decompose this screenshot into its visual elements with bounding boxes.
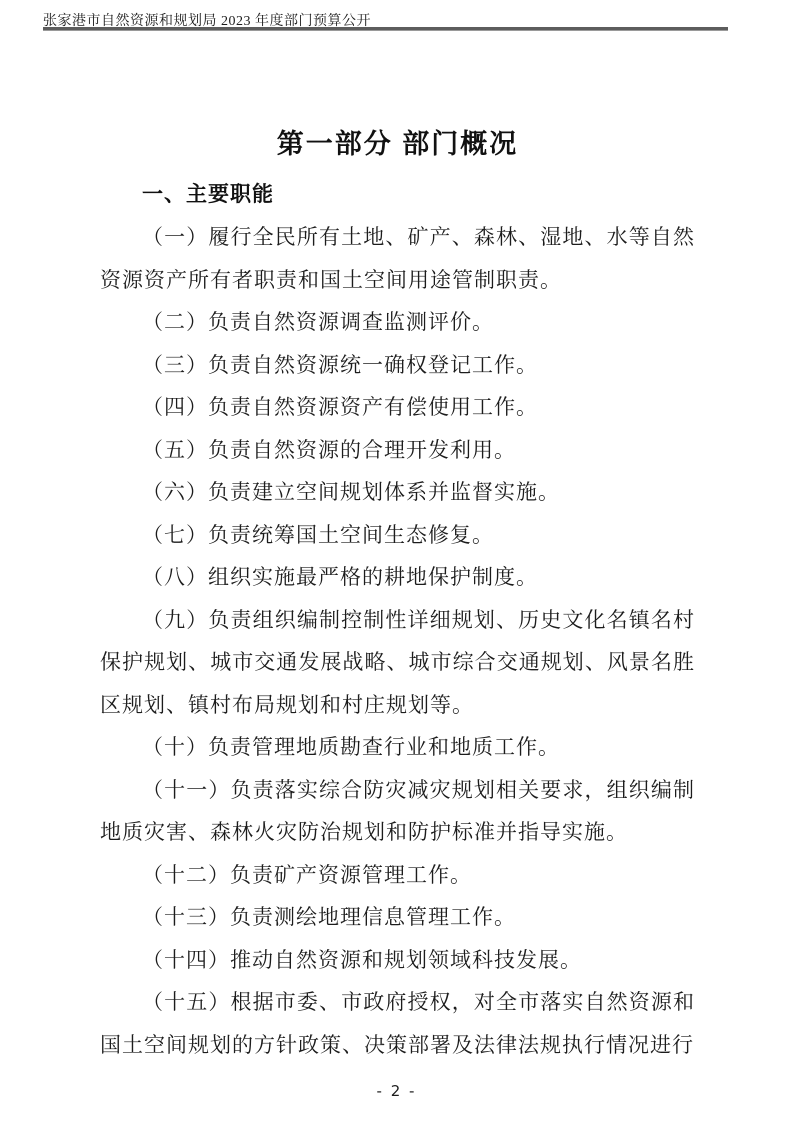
page-title: 第一部分 部门概况	[100, 124, 695, 164]
section-heading: 一、主要职能	[100, 174, 695, 216]
paragraph-1: （一）履行全民所有土地、矿产、森林、湿地、水等自然资源资产所有者职责和国土空间用…	[100, 216, 695, 301]
paragraph-11: （十一）负责落实综合防灾减灾规划相关要求，组织编制地质灾害、森林火灾防治规划和防…	[100, 769, 695, 854]
page-footer: - 2 -	[0, 1082, 793, 1101]
paragraph-12: （十二）负责矿产资源管理工作。	[100, 854, 695, 897]
paragraph-8: （八）组织实施最严格的耕地保护制度。	[100, 556, 695, 599]
paragraph-4: （四）负责自然资源资产有偿使用工作。	[100, 386, 695, 429]
document-body: 第一部分 部门概况 一、主要职能 （一）履行全民所有土地、矿产、森林、湿地、水等…	[100, 0, 695, 1066]
paragraph-14: （十四）推动自然资源和规划领域科技发展。	[100, 939, 695, 982]
paragraph-10: （十）负责管理地质勘查行业和地质工作。	[100, 726, 695, 769]
paragraph-5: （五）负责自然资源的合理开发利用。	[100, 429, 695, 472]
document-page: 张家港市自然资源和规划局 2023 年度部门预算公开 第一部分 部门概况 一、主…	[0, 0, 793, 1122]
paragraph-15: （十五）根据市委、市政府授权，对全市落实自然资源和国土空间规划的方针政策、决策部…	[100, 981, 695, 1066]
page-number: - 2 -	[377, 1082, 417, 1100]
paragraph-2: （二）负责自然资源调查监测评价。	[100, 301, 695, 344]
paragraph-13: （十三）负责测绘地理信息管理工作。	[100, 896, 695, 939]
paragraph-9: （九）负责组织编制控制性详细规划、历史文化名镇名村保护规划、城市交通发展战略、城…	[100, 599, 695, 727]
paragraph-6: （六）负责建立空间规划体系并监督实施。	[100, 471, 695, 514]
paragraph-3: （三）负责自然资源统一确权登记工作。	[100, 344, 695, 387]
paragraph-7: （七）负责统筹国土空间生态修复。	[100, 514, 695, 557]
